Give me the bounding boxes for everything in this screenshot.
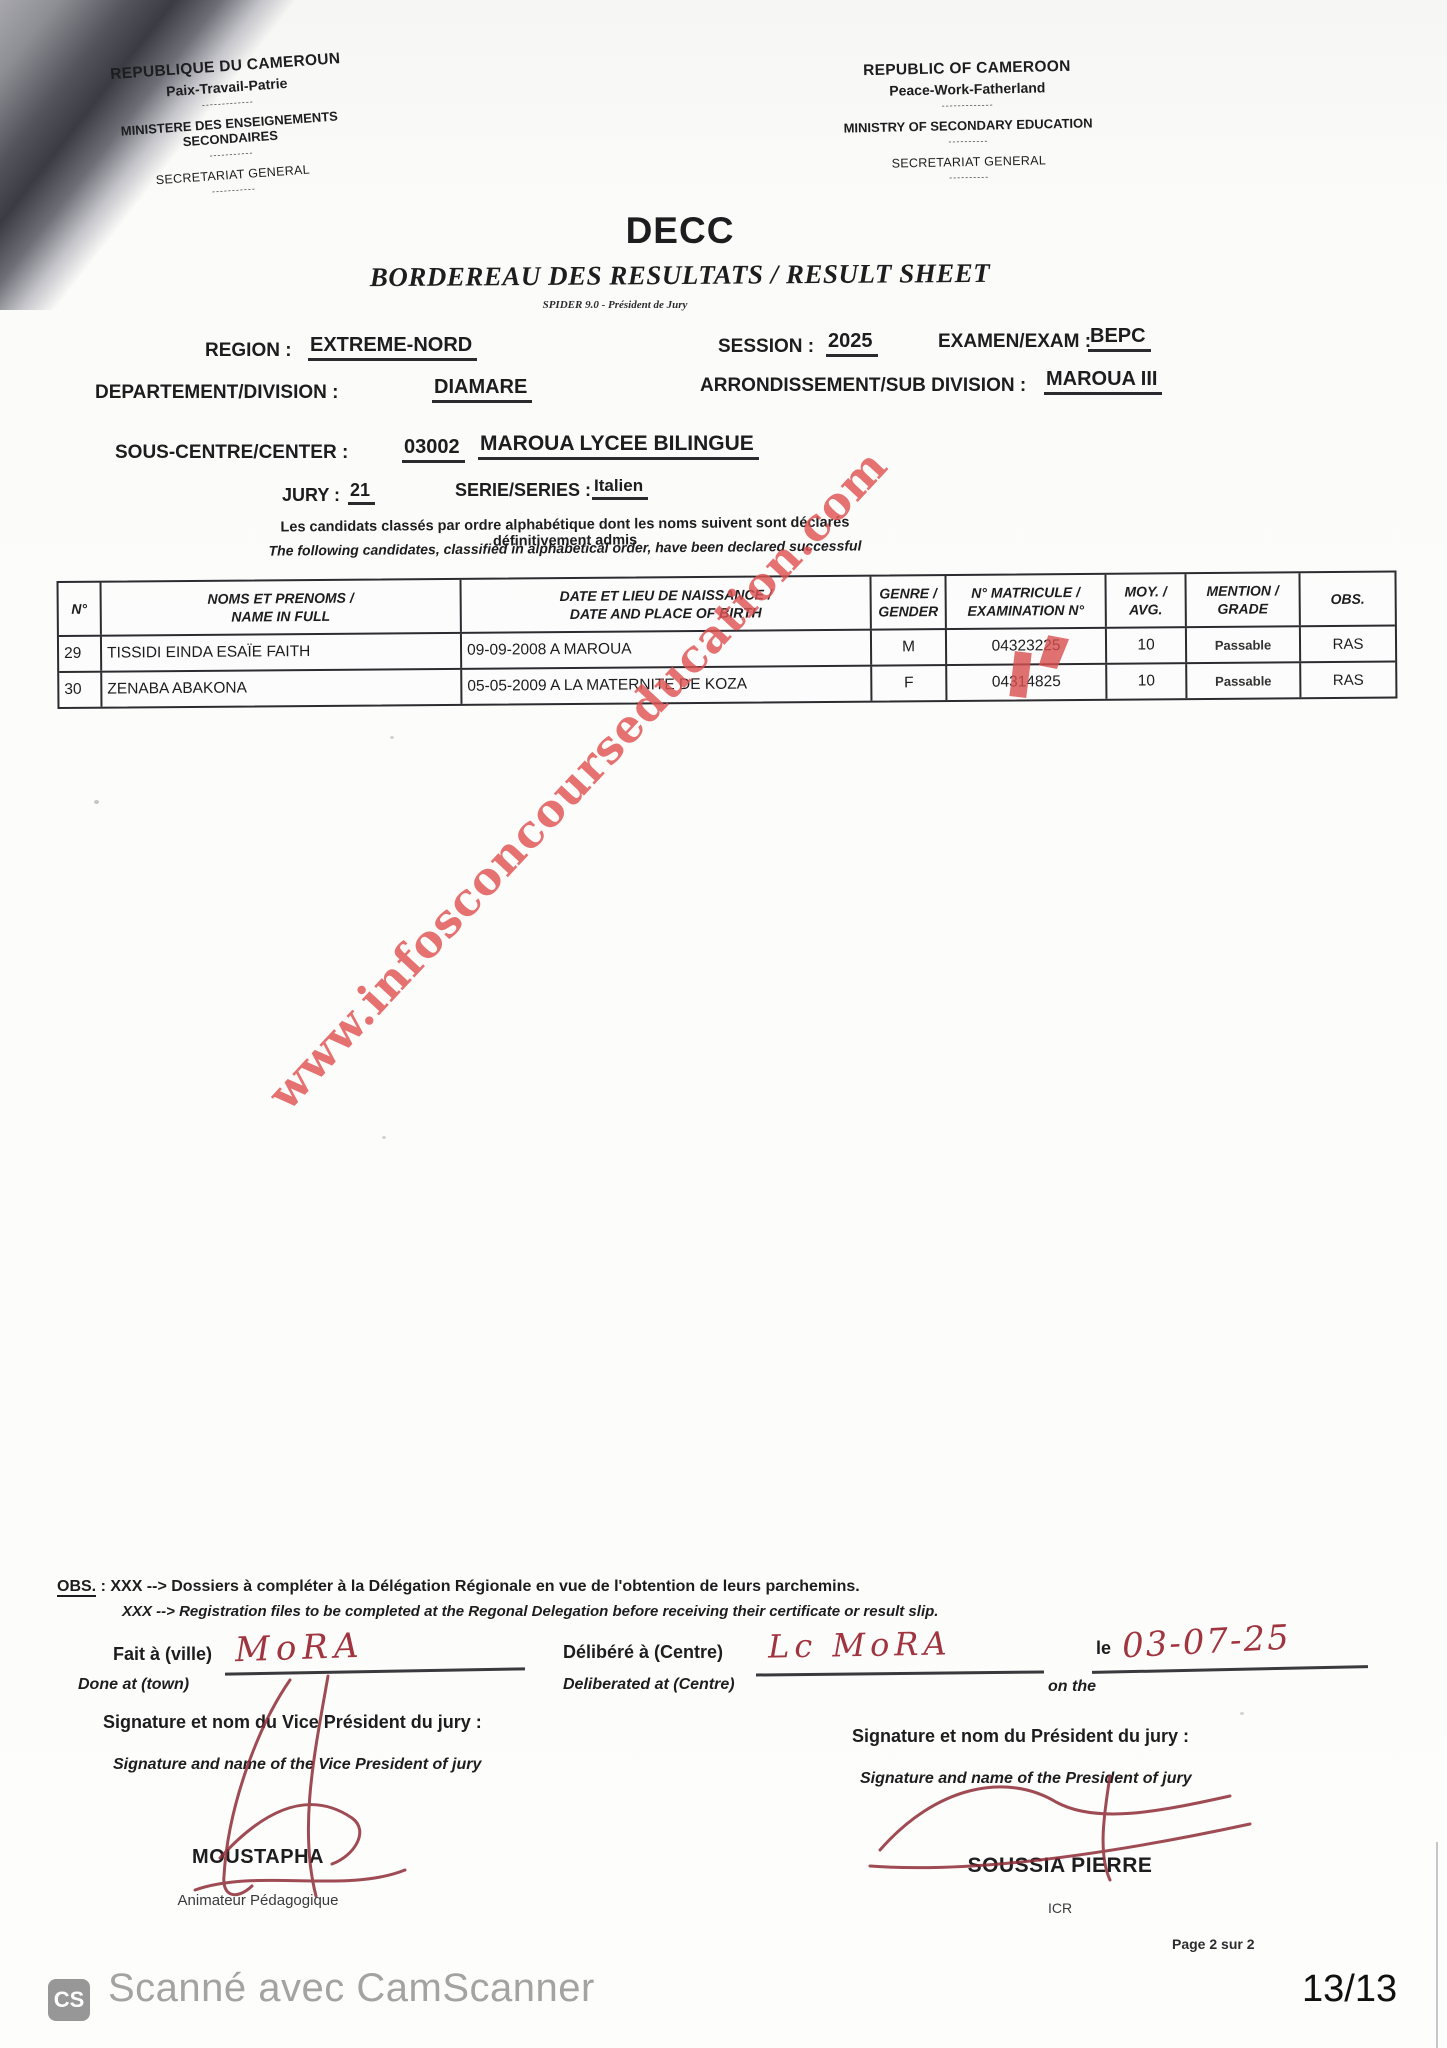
header-english: REPUBLIC OF CAMEROON Peace-Work-Fatherla… <box>787 56 1149 186</box>
p-title: ICR <box>1020 1900 1100 1916</box>
col-average: MOY. /AVG. <box>1106 574 1186 627</box>
software-tagline: SPIDER 9.0 - Président de Jury <box>455 299 775 311</box>
division-label: DEPARTEMENT/DIVISION : <box>95 382 339 404</box>
col-birth: DATE ET LIEU DE NAISSANCE /DATE AND PLAC… <box>462 577 872 632</box>
done-at-label-fr: Fait à (ville) <box>113 1644 212 1665</box>
camscanner-icon: CS <box>48 1979 90 2021</box>
done-at-handwritten: MoRA <box>234 1626 365 1670</box>
president-signature <box>858 1758 1268 1888</box>
col-matricule: N° MATRICULE /EXAMINATION N° <box>946 575 1106 628</box>
session-value: 2025 <box>826 330 878 357</box>
cell-average: 10 <box>1107 664 1187 699</box>
sheet-indicator: 13/13 <box>1302 1968 1397 2011</box>
exam-value: BEPC <box>1088 325 1151 352</box>
document-title: DECC <box>595 210 765 252</box>
date-handwritten: 03-07-25 <box>1121 1618 1292 1667</box>
cell-number: 29 <box>59 637 102 671</box>
signature-line <box>1092 1665 1368 1674</box>
obs-text-fr: XXX --> Dossiers à compléter à la Déléga… <box>110 1578 859 1595</box>
scan-speck <box>382 1136 386 1139</box>
col-number: N° <box>59 583 102 635</box>
cell-number: 30 <box>59 673 102 707</box>
cell-gender: F <box>872 666 947 701</box>
division-value: DIAMARE <box>432 376 532 403</box>
date-label-fr: le <box>1096 1638 1111 1659</box>
series-label: SERIE/SERIES : <box>455 480 591 501</box>
date-label-en: on the <box>1048 1678 1096 1696</box>
scan-edge-line <box>1436 1842 1438 2048</box>
cell-gender: M <box>872 630 947 665</box>
obs-colon: : <box>96 1578 110 1595</box>
camscanner-label: Scanné avec CamScanner <box>108 1966 595 2011</box>
site-watermark: www.infosconcourseducation.com <box>258 477 863 1120</box>
col-gender: GENRE /GENDER <box>871 576 946 629</box>
cell-grade: Passable <box>1187 663 1301 698</box>
scanned-result-sheet: REPUBLIQUE DU CAMEROUN Paix-Travail-Patr… <box>0 0 1447 2048</box>
deliberated-label-fr: Délibéré à (Centre) <box>563 1642 723 1663</box>
col-obs: OBS. <box>1300 572 1394 625</box>
vice-president-signature <box>140 1668 440 1908</box>
col-name: NOMS ET PRENOMS /NAME IN FULL <box>102 580 462 635</box>
page-count: Page 2 sur 2 <box>1172 1936 1255 1952</box>
center-code: 03002 <box>402 436 465 463</box>
header-french: REPUBLIQUE DU CAMEROUN Paix-Travail-Patr… <box>68 47 392 206</box>
series-value: Italien <box>592 476 648 500</box>
subdivision-label: ARRONDISSEMENT/SUB DIVISION : <box>700 375 1026 397</box>
deliberated-label-en: Deliberated at (Centre) <box>563 1676 735 1694</box>
signature-line <box>756 1670 1044 1676</box>
center-name: MAROUA LYCEE BILINGUE <box>478 432 759 460</box>
p-signature-label-fr: Signature et nom du Président du jury : <box>852 1726 1189 1747</box>
obs-note-french: OBS. : XXX --> Dossiers à compléter à la… <box>57 1578 860 1596</box>
jury-value: 21 <box>348 480 375 505</box>
region-value: EXTREME-NORD <box>308 334 477 361</box>
deliberated-handwritten: Lc MoRA <box>768 1624 952 1665</box>
center-label: SOUS-CENTRE/CENTER : <box>115 442 348 464</box>
cell-average: 10 <box>1107 628 1187 663</box>
obs-label: OBS. <box>57 1578 96 1597</box>
exam-label: EXAMEN/EXAM : <box>938 331 1091 353</box>
jury-label: JURY : <box>282 485 340 506</box>
obs-note-english: XXX --> Registration files to be complet… <box>122 1603 938 1620</box>
region-label: REGION : <box>205 340 292 362</box>
scan-speck <box>1240 1712 1244 1715</box>
cell-grade: Passable <box>1187 627 1301 662</box>
cell-obs: RAS <box>1301 626 1395 661</box>
scan-speck <box>94 800 99 804</box>
cell-obs: RAS <box>1301 662 1395 697</box>
document-subtitle: BORDEREAU DES RESULTATS / RESULT SHEET <box>320 257 1040 293</box>
cell-name: ZENABA ABAKONA <box>102 670 462 707</box>
session-label: SESSION : <box>718 336 814 358</box>
col-grade: MENTION /GRADE <box>1186 573 1300 626</box>
subdivision-value: MAROUA III <box>1044 368 1162 395</box>
scan-speck <box>390 736 394 739</box>
cell-name: TISSIDI EINDA ESAÏE FAITH <box>102 634 462 671</box>
